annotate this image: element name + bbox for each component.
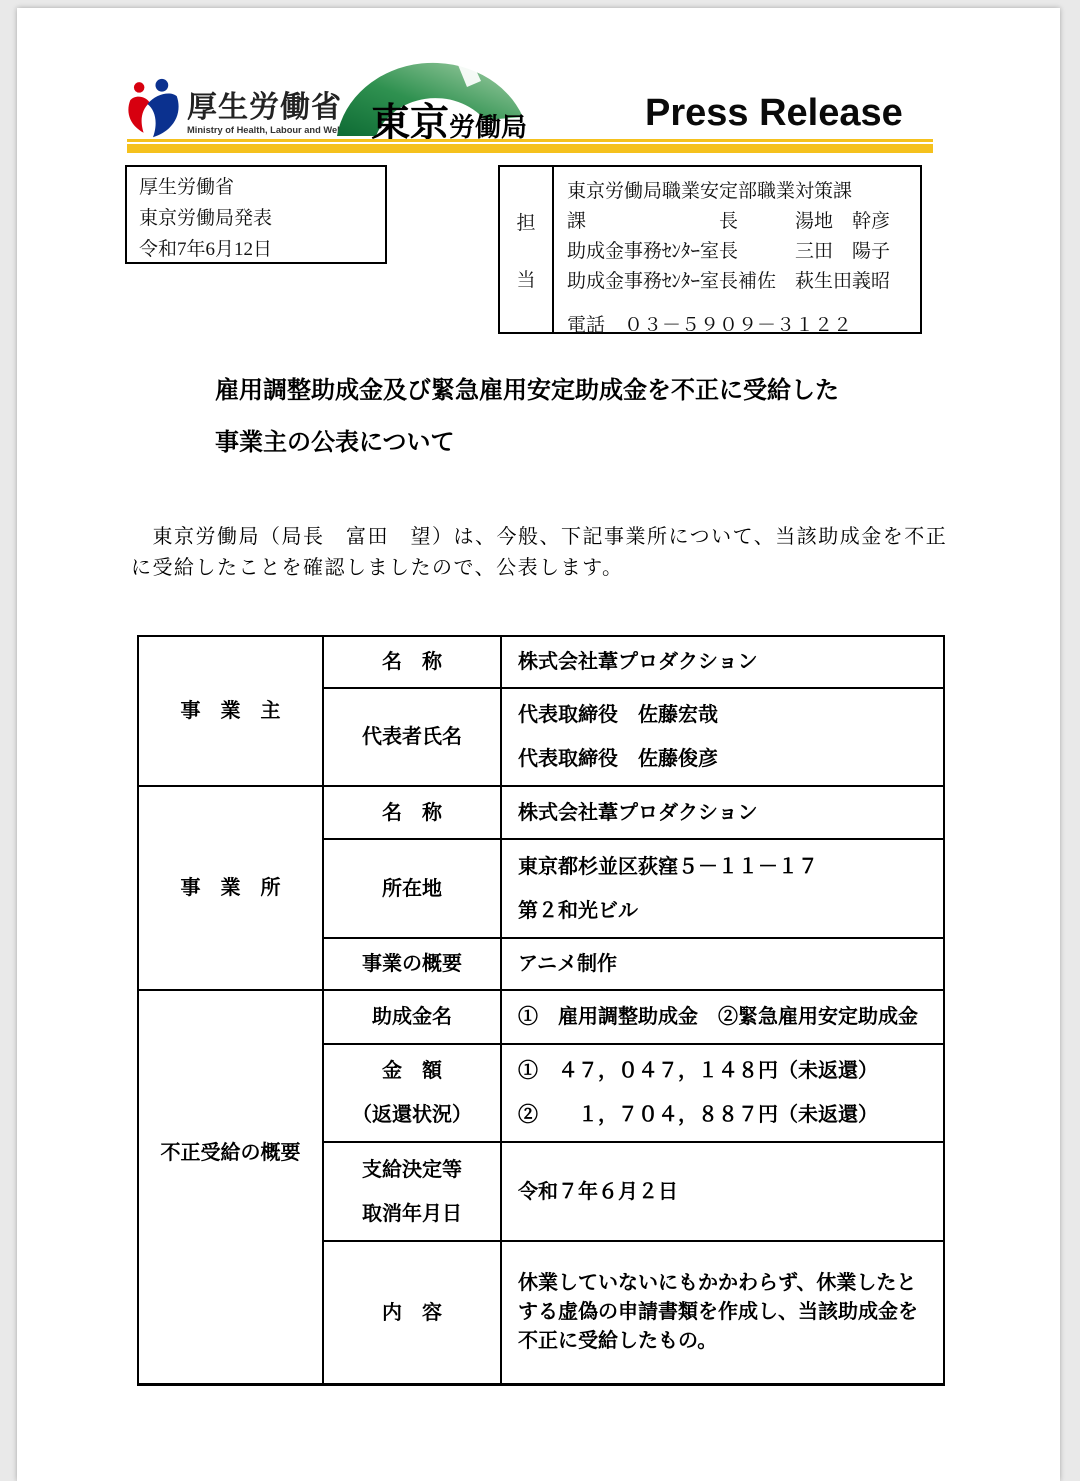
table-value-name: 株式会社葦プロダクション (502, 637, 943, 689)
label-text: 金 額 (382, 1049, 442, 1093)
label-text: 取消年月日 (362, 1192, 462, 1236)
table-label-subsidy-name: 助成金名 (324, 991, 502, 1045)
mhlw-logo: 厚生労働省 Ministry of Health, Labour and Wel… (125, 78, 357, 140)
contact-vertical-label: 担 当 (500, 167, 554, 332)
body-paragraph: 東京労働局（局長 富田 望）は、今般、下記事業所について、当該助成金を不正 に受… (131, 522, 943, 584)
value-text: ① 雇用調整助成金 ②緊急雇用安定助成金 (518, 995, 918, 1039)
table-value-amount: ① ４７，０４７，１４８円（未返還） ② １，７０４，８８７円（未返還） (502, 1045, 943, 1143)
contact-label-char: 担 (516, 208, 535, 235)
body-line: 東京労働局（局長 富田 望）は、今般、下記事業所について、当該助成金を不正 (131, 522, 943, 553)
table-group-label-fraud-summary: 不正受給の概要 (139, 991, 324, 1383)
press-release-document: { "colors": { "accent_yellow": "#f5c11d"… (0, 0, 1080, 1481)
mhlw-heart-people-icon (125, 78, 181, 140)
value-text: アニメ制作 (518, 942, 617, 986)
issuer-line: 令和7年6月12日 (139, 234, 385, 265)
violation-details-table: 事 業 主 名 称 株式会社葦プロダクション 代表者氏名 代表取締役 佐藤宏哉 … (137, 635, 945, 1386)
contact-phone: 電話 ０３－５９０９－３１２２ (567, 311, 920, 341)
document-page: 厚生労働省 Ministry of Health, Labour and Wel… (17, 8, 1060, 1481)
contact-box: 担 当 東京労働局職業安定部職業対策課 課 長 湯地 幹彦 助成金事務ｾﾝﾀｰ室… (498, 165, 922, 334)
title-line: 雇用調整助成金及び緊急雇用安定助成金を不正に受給した (215, 378, 839, 404)
body-line: に受給したことを確認しましたので、公表します。 (131, 553, 943, 584)
header-rule-thin (127, 139, 933, 142)
tokyo-labour-bureau-logo: 東京労働局 (335, 54, 530, 142)
label-text: 内 容 (382, 1291, 442, 1335)
label-text: 名 称 (382, 791, 442, 835)
value-text: 代表取締役 佐藤俊彦 (518, 737, 718, 781)
label-text: 支給決定等 (362, 1148, 462, 1192)
table-label-name: 名 称 (324, 637, 502, 689)
table-value-description: 休業していないにもかかわらず、休業したとする虚偽の申請書類を作成し、当該助成金を… (502, 1242, 943, 1383)
table-value-name2: 株式会社葦プロダクション (502, 787, 943, 840)
mhlw-title: 厚生労働省 (187, 92, 357, 124)
label-text: 助成金名 (372, 995, 452, 1039)
label-text: 所在地 (382, 867, 442, 911)
issuer-box: 厚生労働省 東京労働局発表 令和7年6月12日 (125, 165, 387, 264)
label-text: 代表者氏名 (362, 715, 462, 759)
value-text: 休業していないにもかかわらず、休業したとする虚偽の申請書類を作成し、当該助成金を… (518, 1269, 933, 1356)
table-label-amount: 金 額 （返還状況） (324, 1045, 502, 1143)
table-label-business-outline: 事業の概要 (324, 939, 502, 991)
title-line: 事業主の公表について (215, 430, 839, 456)
contact-staff-line: 助成金事務ｾﾝﾀｰ室長 三田 陽子 (567, 237, 920, 267)
value-text: 代表取締役 佐藤宏哉 (518, 693, 718, 737)
value-text: 株式会社葦プロダクション (518, 640, 758, 684)
value-text: ① ４７，０４７，１４８円（未返還） (518, 1049, 878, 1093)
value-text: 東京都杉並区荻窪５－１１－１７ (518, 845, 818, 889)
issuer-line: 東京労働局発表 (139, 203, 385, 234)
table-label-representative: 代表者氏名 (324, 689, 502, 787)
issuer-line: 厚生労働省 (139, 172, 385, 203)
contact-staff-line: 助成金事務ｾﾝﾀｰ室長補佐 萩生田義昭 (567, 267, 920, 297)
tokyo-logo-sub: 労働局 (449, 112, 527, 142)
table-value-representative: 代表取締役 佐藤宏哉 代表取締役 佐藤俊彦 (502, 689, 943, 787)
press-release-heading: Press Release (645, 92, 903, 135)
table-value-address: 東京都杉並区荻窪５－１１－１７ 第２和光ビル (502, 840, 943, 939)
label-text: （返還状況） (352, 1093, 472, 1137)
header-rule-thick (127, 144, 933, 153)
table-label-name2: 名 称 (324, 787, 502, 840)
table-label-description: 内 容 (324, 1242, 502, 1383)
label-text: 事業の概要 (362, 942, 462, 986)
contact-department: 東京労働局職業安定部職業対策課 (567, 177, 920, 207)
value-text: ② １，７０４，８８７円（未返還） (518, 1093, 878, 1137)
contact-details: 東京労働局職業安定部職業対策課 課 長 湯地 幹彦 助成金事務ｾﾝﾀｰ室長 三田… (554, 167, 920, 332)
mhlw-logo-text: 厚生労働省 Ministry of Health, Labour and Wel… (187, 92, 357, 135)
table-label-address: 所在地 (324, 840, 502, 939)
value-text: 令和７年６月２日 (518, 1170, 678, 1214)
group-label-text: 事 業 主 (181, 689, 281, 733)
mhlw-subtitle: Ministry of Health, Labour and Welfare (187, 125, 357, 135)
table-group-label-employer: 事 業 主 (139, 637, 324, 787)
group-label-text: 不正受給の概要 (161, 1131, 301, 1175)
contact-label-char: 当 (516, 265, 535, 292)
contact-staff-line: 課 長 湯地 幹彦 (567, 207, 920, 237)
value-text: 第２和光ビル (518, 889, 638, 933)
group-label-text: 事 業 所 (181, 866, 281, 910)
table-label-cancellation-date: 支給決定等 取消年月日 (324, 1143, 502, 1242)
table-value-business-outline: アニメ制作 (502, 939, 943, 991)
label-text: 名 称 (382, 640, 442, 684)
table-value-cancellation-date: 令和７年６月２日 (502, 1143, 943, 1242)
document-title: 雇用調整助成金及び緊急雇用安定助成金を不正に受給した 事業主の公表について (215, 378, 839, 456)
value-text: 株式会社葦プロダクション (518, 791, 758, 835)
table-value-subsidy-name: ① 雇用調整助成金 ②緊急雇用安定助成金 (502, 991, 943, 1045)
table-group-label-establishment: 事 業 所 (139, 787, 324, 991)
